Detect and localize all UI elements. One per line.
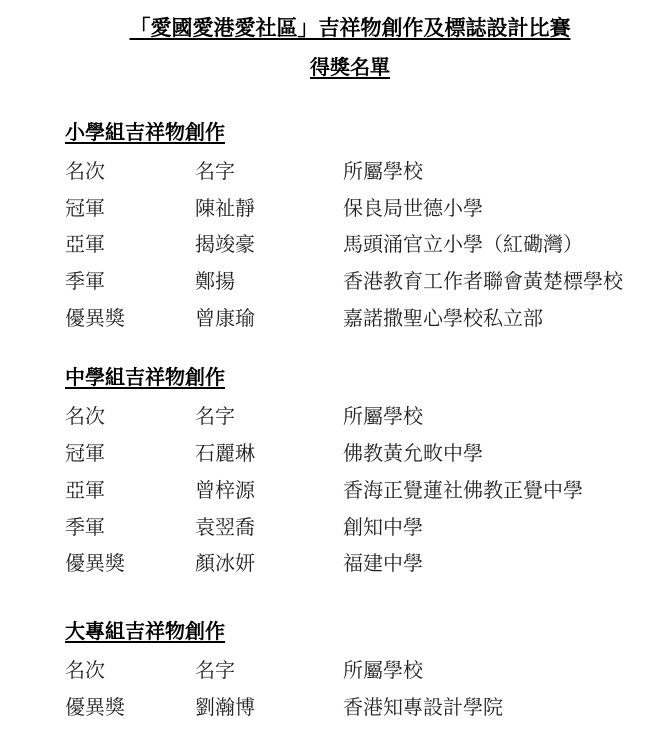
table-row: 優異獎 顏冰妍 福建中學	[65, 538, 635, 575]
section-secondary-mascot: 中學組吉祥物創作 名次 名字 所屬學校 冠軍 石麗琳 佛教黃允畋中學 亞軍 曾梓…	[65, 365, 635, 574]
cell-school: 福建中學	[343, 554, 635, 575]
cell-school: 創知中學	[343, 518, 635, 539]
table-header-row: 名次 名字 所屬學校	[65, 146, 635, 183]
cell-rank: 優異獎	[65, 698, 195, 719]
column-header-school: 所屬學校	[343, 162, 635, 183]
cell-school: 佛教黃允畋中學	[343, 444, 635, 465]
table-row: 冠軍 陳祉靜 保良局世德小學	[65, 183, 635, 220]
cell-name: 曾梓源	[195, 481, 343, 502]
cell-school: 香海正覺蓮社佛教正覺中學	[343, 481, 635, 502]
column-header-school: 所屬學校	[343, 407, 635, 428]
column-header-school: 所屬學校	[343, 661, 635, 682]
table-row: 優異獎 曾康瑜 嘉諾撒聖心學校私立部	[65, 293, 635, 330]
section-heading: 小學組吉祥物創作	[65, 120, 635, 146]
column-header-name: 名字	[195, 407, 343, 428]
cell-school: 香港知專設計學院	[343, 698, 635, 719]
table-header-row: 名次 名字 所屬學校	[65, 391, 635, 428]
table-row: 亞軍 揭竣豪 馬頭涌官立小學（紅磡灣）	[65, 219, 635, 256]
section-heading: 大專組吉祥物創作	[65, 619, 635, 645]
cell-school: 香港教育工作者聯會黃楚標學校	[343, 272, 635, 293]
document-subtitle: 得獎名單	[65, 56, 635, 81]
cell-school: 馬頭涌官立小學（紅磡灣）	[343, 235, 635, 256]
table-row: 亞軍 曾梓源 香海正覺蓮社佛教正覺中學	[65, 465, 635, 502]
column-header-rank: 名次	[65, 162, 195, 183]
cell-name: 鄭揚	[195, 272, 343, 293]
cell-rank: 亞軍	[65, 481, 195, 502]
section-heading: 中學組吉祥物創作	[65, 365, 635, 391]
cell-name: 陳祉靜	[195, 199, 343, 220]
column-header-name: 名字	[195, 661, 343, 682]
cell-rank: 冠軍	[65, 444, 195, 465]
document-title: 「愛國愛港愛社區」吉祥物創作及標誌設計比賽	[65, 16, 635, 41]
column-header-rank: 名次	[65, 661, 195, 682]
table-row: 季軍 袁翌喬 創知中學	[65, 502, 635, 539]
cell-name: 揭竣豪	[195, 235, 343, 256]
table-row: 冠軍 石麗琳 佛教黃允畋中學	[65, 428, 635, 465]
section-tertiary-mascot: 大專組吉祥物創作 名次 名字 所屬學校 優異獎 劉瀚博 香港知專設計學院	[65, 619, 635, 718]
table-row: 優異獎 劉瀚博 香港知專設計學院	[65, 682, 635, 719]
table-header-row: 名次 名字 所屬學校	[65, 645, 635, 682]
award-table: 名次 名字 所屬學校 冠軍 陳祉靜 保良局世德小學 亞軍 揭竣豪 馬頭涌官立小學…	[65, 146, 635, 329]
document-page: 「愛國愛港愛社區」吉祥物創作及標誌設計比賽 得獎名單 小學組吉祥物創作 名次 名…	[0, 0, 665, 748]
cell-school: 保良局世德小學	[343, 199, 635, 220]
award-table: 名次 名字 所屬學校 冠軍 石麗琳 佛教黃允畋中學 亞軍 曾梓源 香海正覺蓮社佛…	[65, 391, 635, 574]
cell-name: 曾康瑜	[195, 309, 343, 330]
cell-name: 劉瀚博	[195, 698, 343, 719]
cell-rank: 冠軍	[65, 199, 195, 220]
cell-rank: 優異獎	[65, 554, 195, 575]
cell-name: 袁翌喬	[195, 518, 343, 539]
cell-name: 顏冰妍	[195, 554, 343, 575]
column-header-rank: 名次	[65, 407, 195, 428]
cell-rank: 季軍	[65, 518, 195, 539]
cell-rank: 季軍	[65, 272, 195, 293]
cell-rank: 優異獎	[65, 309, 195, 330]
cell-rank: 亞軍	[65, 235, 195, 256]
cell-name: 石麗琳	[195, 444, 343, 465]
column-header-name: 名字	[195, 162, 343, 183]
award-table: 名次 名字 所屬學校 優異獎 劉瀚博 香港知專設計學院	[65, 645, 635, 718]
section-primary-mascot: 小學組吉祥物創作 名次 名字 所屬學校 冠軍 陳祉靜 保良局世德小學 亞軍 揭竣…	[65, 120, 635, 329]
table-row: 季軍 鄭揚 香港教育工作者聯會黃楚標學校	[65, 256, 635, 293]
cell-school: 嘉諾撒聖心學校私立部	[343, 309, 635, 330]
